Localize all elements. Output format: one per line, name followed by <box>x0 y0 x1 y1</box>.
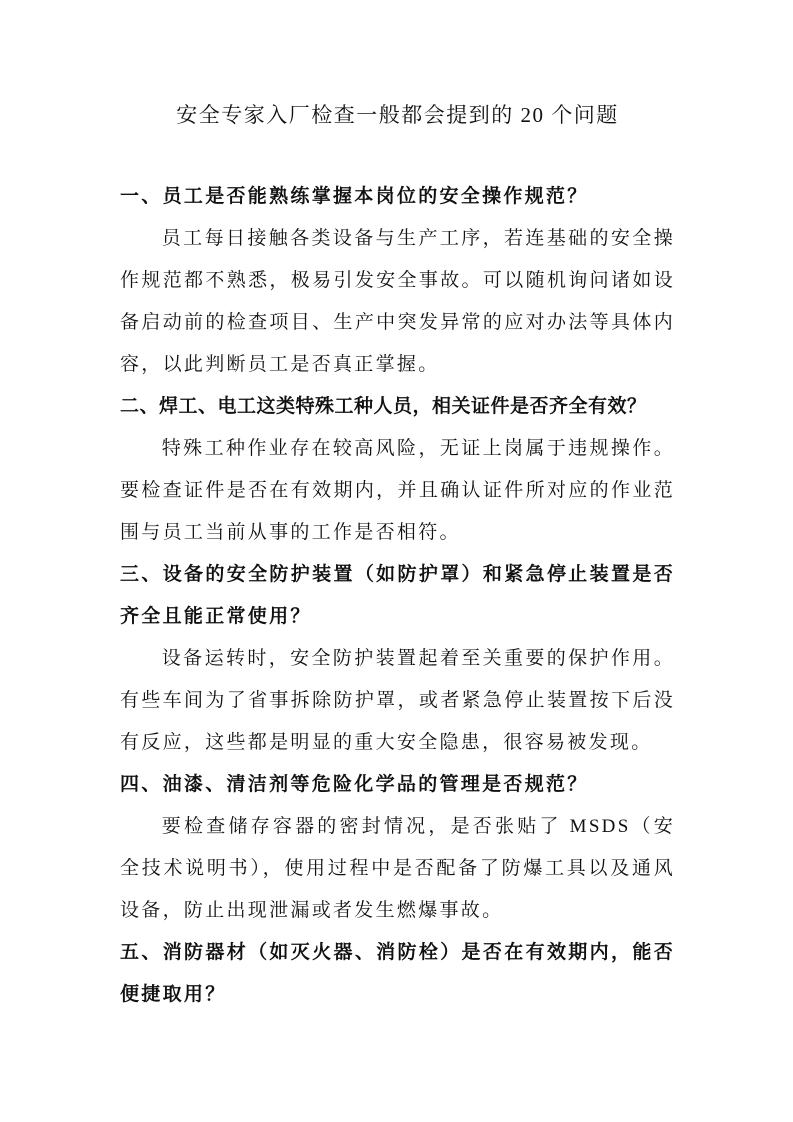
section-3: 三、设备的安全防护装置（如防护罩）和紧急停止装置是否齐全且能正常使用？ 设备运转… <box>120 554 675 764</box>
document-page: 安全专家入厂检查一般都会提到的 20 个问题 一、员工是否能熟练掌握本岗位的安全… <box>0 0 793 1122</box>
document-title: 安全专家入厂检查一般都会提到的 20 个问题 <box>120 94 675 136</box>
section-3-paragraph: 设备运转时，安全防护装置起着至关重要的保护作用。有些车间为了省事拆除防护罩，或者… <box>120 638 675 764</box>
section-1: 一、员工是否能熟练掌握本岗位的安全操作规范？ 员工每日接触各类设备与生产工序，若… <box>120 176 675 386</box>
section-2-paragraph: 特殊工种作业存在较高风险，无证上岗属于违规操作。要检查证件是否在有效期内，并且确… <box>120 428 675 554</box>
section-2: 二、焊工、电工这类特殊工种人员，相关证件是否齐全有效？ 特殊工种作业存在较高风险… <box>120 386 675 554</box>
section-3-heading: 三、设备的安全防护装置（如防护罩）和紧急停止装置是否齐全且能正常使用？ <box>120 554 675 638</box>
section-5-heading: 五、消防器材（如灭火器、消防栓）是否在有效期内，能否便捷取用？ <box>120 932 675 1016</box>
section-4-heading: 四、油漆、清洁剂等危险化学品的管理是否规范？ <box>120 764 675 806</box>
section-5: 五、消防器材（如灭火器、消防栓）是否在有效期内，能否便捷取用？ <box>120 932 675 1016</box>
section-1-paragraph: 员工每日接触各类设备与生产工序，若连基础的安全操作规范都不熟悉，极易引发安全事故… <box>120 218 675 386</box>
section-4-paragraph: 要检查储存容器的密封情况，是否张贴了 MSDS（安全技术说明书），使用过程中是否… <box>120 806 675 932</box>
section-4: 四、油漆、清洁剂等危险化学品的管理是否规范？ 要检查储存容器的密封情况，是否张贴… <box>120 764 675 932</box>
section-1-heading: 一、员工是否能熟练掌握本岗位的安全操作规范？ <box>120 176 675 218</box>
section-2-heading: 二、焊工、电工这类特殊工种人员，相关证件是否齐全有效？ <box>120 386 675 428</box>
